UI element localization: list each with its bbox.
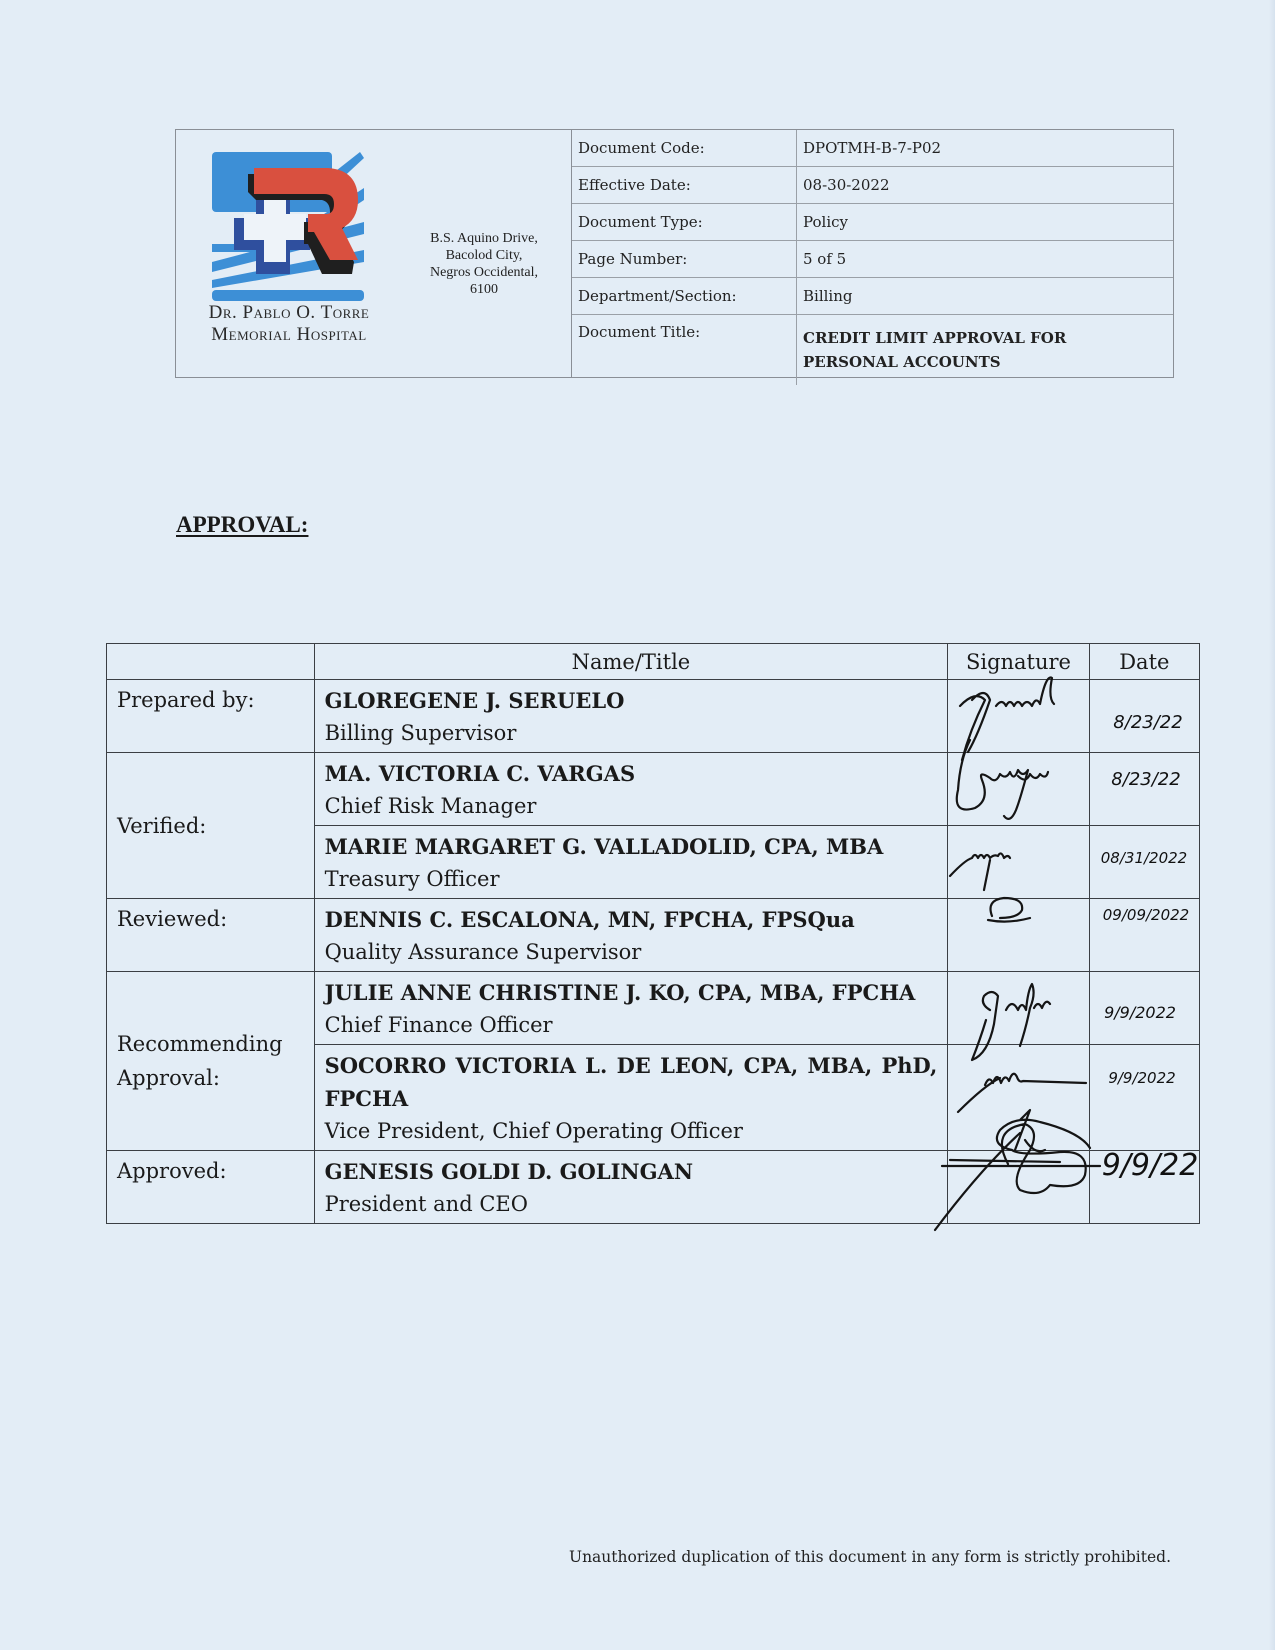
signature-cell bbox=[948, 1151, 1089, 1224]
signatory-name-title: MA. VICTORIA C. VARGAS Chief Risk Manage… bbox=[314, 753, 948, 826]
signatory-name-title: GENESIS GOLDI D. GOLINGAN President and … bbox=[314, 1151, 948, 1224]
meta-label: Document Title: bbox=[572, 315, 797, 386]
meta-value: Billing bbox=[797, 278, 1174, 315]
date-cell bbox=[1089, 972, 1199, 1045]
meta-label: Page Number: bbox=[572, 241, 797, 278]
signatory-title: Chief Finance Officer bbox=[325, 1009, 938, 1042]
table-row: Recommending Approval: JULIE ANNE CHRIST… bbox=[107, 972, 1200, 1045]
role-approved: Approved: bbox=[107, 1151, 315, 1224]
column-header-signature: Signature bbox=[948, 644, 1089, 680]
signatory-title: Treasury Officer bbox=[325, 863, 938, 896]
approval-header-row: Name/Title Signature Date bbox=[107, 644, 1200, 680]
approval-heading: APPROVAL: bbox=[176, 512, 308, 538]
signatory-name-title: SOCORRO VICTORIA L. DE LEON, CPA, MBA, P… bbox=[314, 1045, 948, 1151]
logo-cell: Dr. Pablo O. Torre Memorial Hospital B.S… bbox=[176, 130, 572, 377]
signatory-name-title: GLOREGENE J. SERUELO Billing Supervisor bbox=[314, 680, 948, 753]
document-header: Dr. Pablo O. Torre Memorial Hospital B.S… bbox=[175, 129, 1174, 378]
column-header-date: Date bbox=[1089, 644, 1199, 680]
meta-row-department: Department/Section: Billing bbox=[572, 278, 1173, 315]
meta-label: Document Code: bbox=[572, 130, 797, 167]
hospital-logo-icon bbox=[212, 152, 367, 302]
date-cell bbox=[1089, 680, 1199, 753]
signatory-name: MA. VICTORIA C. VARGAS bbox=[325, 757, 938, 790]
signatory-name: SOCORRO VICTORIA L. DE LEON, CPA, MBA, P… bbox=[325, 1049, 938, 1115]
signatory-name: MARIE MARGARET G. VALLADOLID, CPA, MBA bbox=[325, 830, 938, 863]
signatory-name: JULIE ANNE CHRISTINE J. KO, CPA, MBA, FP… bbox=[325, 976, 938, 1009]
meta-row-document-code: Document Code: DPOTMH-B-7-P02 bbox=[572, 130, 1173, 167]
meta-label: Document Type: bbox=[572, 204, 797, 241]
table-row: Reviewed: DENNIS C. ESCALONA, MN, FPCHA,… bbox=[107, 899, 1200, 972]
role-prepared-by: Prepared by: bbox=[107, 680, 315, 753]
signature-cell bbox=[948, 680, 1089, 753]
hospital-name: Dr. Pablo O. Torre Memorial Hospital bbox=[184, 302, 394, 346]
meta-row-document-title: Document Title: CREDIT LIMIT APPROVAL FO… bbox=[572, 315, 1173, 386]
signatory-title: Vice President, Chief Operating Officer bbox=[325, 1115, 938, 1148]
table-row: Prepared by: GLOREGENE J. SERUELO Billin… bbox=[107, 680, 1200, 753]
signature-cell bbox=[948, 899, 1089, 972]
signatory-name-title: JULIE ANNE CHRISTINE J. KO, CPA, MBA, FP… bbox=[314, 972, 948, 1045]
signatory-title: Quality Assurance Supervisor bbox=[325, 936, 938, 969]
meta-value: DPOTMH-B-7-P02 bbox=[797, 130, 1174, 167]
meta-row-effective-date: Effective Date: 08-30-2022 bbox=[572, 167, 1173, 204]
table-row: Verified: MA. VICTORIA C. VARGAS Chief R… bbox=[107, 753, 1200, 826]
meta-row-page-number: Page Number: 5 of 5 bbox=[572, 241, 1173, 278]
document-meta-table: Document Code: DPOTMH-B-7-P02 Effective … bbox=[572, 130, 1173, 385]
signature-cell bbox=[948, 826, 1089, 899]
signatory-title: Chief Risk Manager bbox=[325, 790, 938, 823]
meta-value: 5 of 5 bbox=[797, 241, 1174, 278]
hospital-address: B.S. Aquino Drive, Bacolod City, Negros … bbox=[404, 230, 564, 298]
column-header-name-title: Name/Title bbox=[314, 644, 948, 680]
date-cell bbox=[1089, 1045, 1199, 1151]
signatory-name: DENNIS C. ESCALONA, MN, FPCHA, FPSQua bbox=[325, 903, 938, 936]
meta-value: 08-30-2022 bbox=[797, 167, 1174, 204]
date-cell bbox=[1089, 899, 1199, 972]
role-reviewed: Reviewed: bbox=[107, 899, 315, 972]
signatory-name: GLOREGENE J. SERUELO bbox=[325, 684, 938, 717]
page-edge-shadow bbox=[1269, 0, 1275, 1650]
meta-value: Policy bbox=[797, 204, 1174, 241]
signatory-title: Billing Supervisor bbox=[325, 717, 938, 750]
signature-cell bbox=[948, 1045, 1089, 1151]
meta-label: Effective Date: bbox=[572, 167, 797, 204]
signatory-title: President and CEO bbox=[325, 1188, 938, 1221]
duplication-notice: Unauthorized duplication of this documen… bbox=[569, 1548, 1171, 1566]
role-verified: Verified: bbox=[107, 753, 315, 899]
date-cell bbox=[1089, 753, 1199, 826]
role-recommending-approval: Recommending Approval: bbox=[107, 972, 315, 1151]
meta-label: Department/Section: bbox=[572, 278, 797, 315]
document-title: CREDIT LIMIT APPROVAL FOR PERSONAL ACCOU… bbox=[797, 315, 1174, 386]
column-header-role bbox=[107, 644, 315, 680]
date-cell bbox=[1089, 1151, 1199, 1224]
date-cell bbox=[1089, 826, 1199, 899]
signatory-name-title: MARIE MARGARET G. VALLADOLID, CPA, MBA T… bbox=[314, 826, 948, 899]
approval-table: Name/Title Signature Date Prepared by: G… bbox=[106, 643, 1200, 1224]
signatory-name: GENESIS GOLDI D. GOLINGAN bbox=[325, 1155, 938, 1188]
signature-cell bbox=[948, 972, 1089, 1045]
signature-cell bbox=[948, 753, 1089, 826]
signatory-name-title: DENNIS C. ESCALONA, MN, FPCHA, FPSQua Qu… bbox=[314, 899, 948, 972]
meta-row-document-type: Document Type: Policy bbox=[572, 204, 1173, 241]
table-row: Approved: GENESIS GOLDI D. GOLINGAN Pres… bbox=[107, 1151, 1200, 1224]
